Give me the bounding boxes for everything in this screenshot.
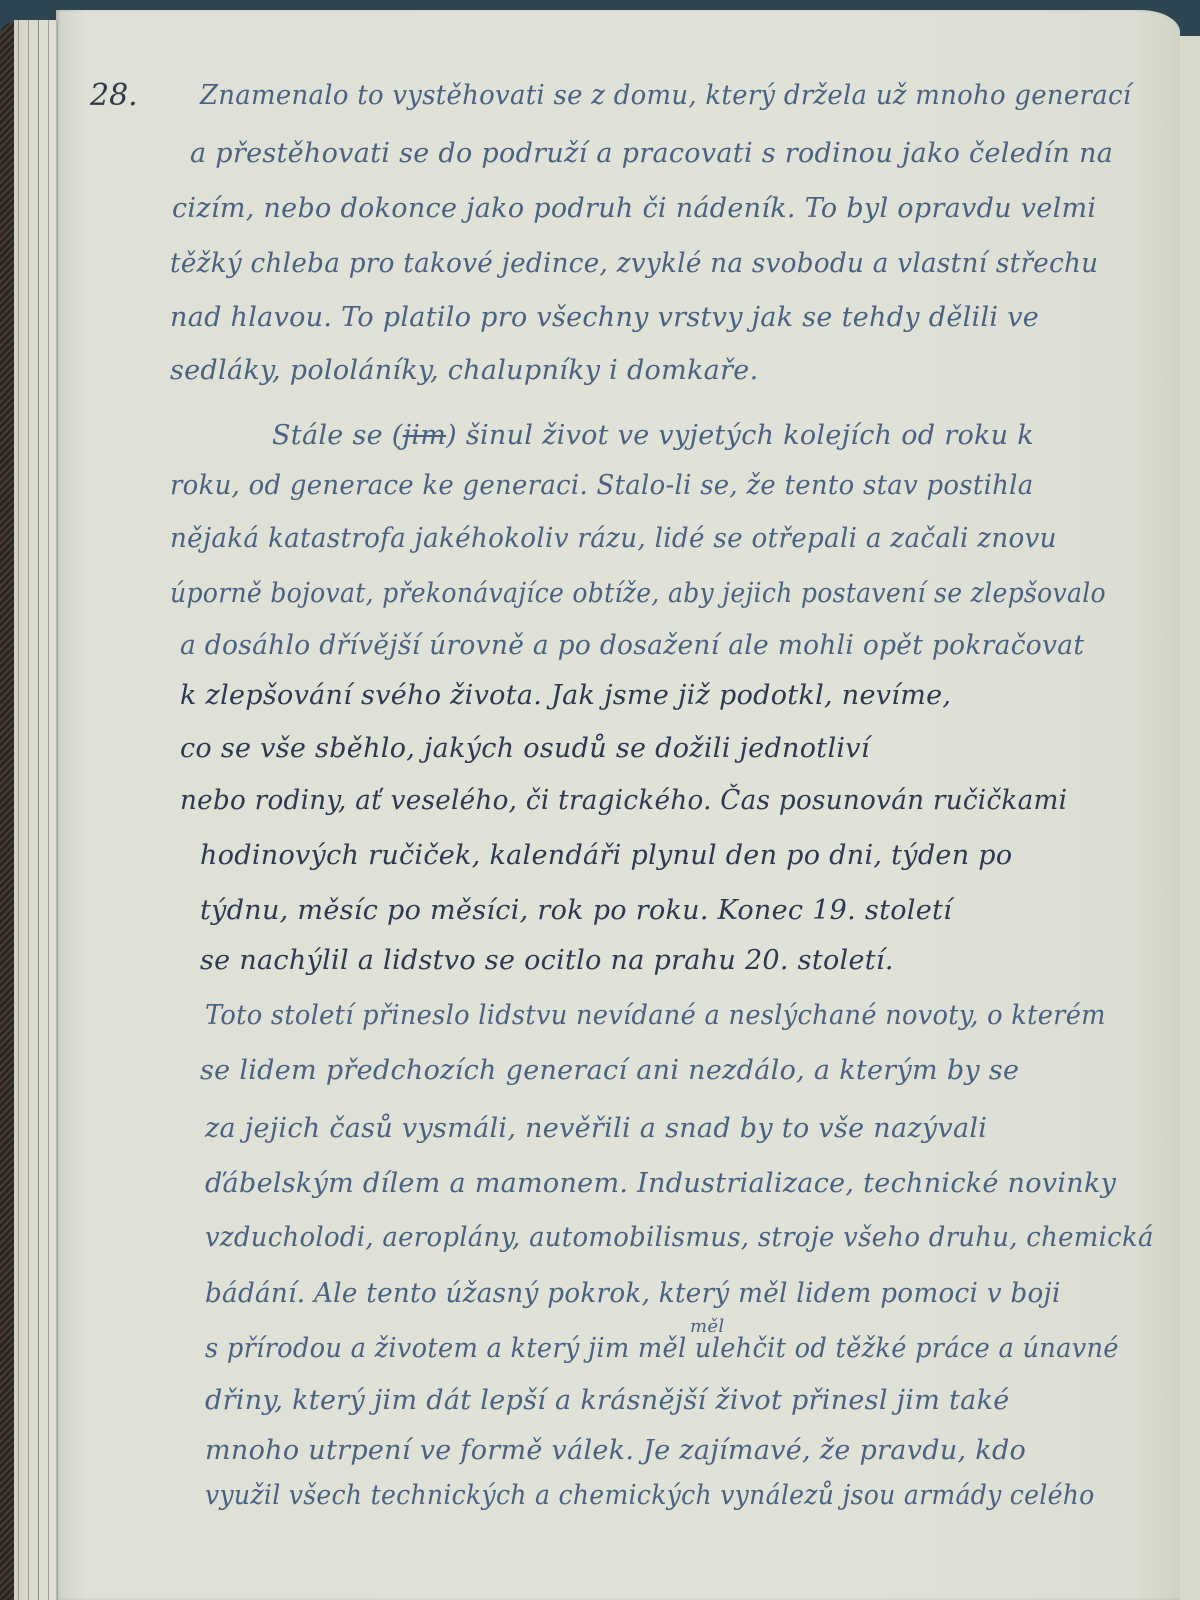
text-line-22: vzducholodi, aeroplány, automobilismus, … bbox=[205, 1222, 1154, 1253]
text-line-19: se lidem předchozích generací ani nezdál… bbox=[200, 1055, 1019, 1086]
page-number: 28. bbox=[90, 78, 138, 113]
text-line-7-rest: ) šinul život ve vyjetých kolejích od ro… bbox=[446, 420, 1034, 451]
struck-word: jim bbox=[403, 420, 447, 451]
text-line-23: bádání. Ale tento úžasný pokrok, který m… bbox=[205, 1278, 1061, 1309]
text-line-11: a dosáhlo dřívější úrovně a po dosažení … bbox=[180, 630, 1084, 661]
text-line-7-part: Stále se ( bbox=[272, 420, 403, 451]
text-line-14: nebo rodiny, ať veselého, či tragického.… bbox=[180, 785, 1067, 816]
text-line-16: týdnu, měsíc po měsíci, rok po roku. Kon… bbox=[200, 895, 952, 926]
text-line-24: s přírodou a životem a který jim měl ule… bbox=[205, 1333, 1119, 1364]
text-line-13: co se vše sběhlo, jakých osudů se dožili… bbox=[180, 733, 870, 764]
page-gutter bbox=[57, 22, 58, 1600]
text-line-4: těžký chleba pro takové jedince, zvyklé … bbox=[170, 248, 1098, 279]
text-line-6: sedláky, pololáníky, chalupníky i domkař… bbox=[170, 355, 758, 386]
text-line-25: dřiny, který jim dát lepší a krásnější ž… bbox=[205, 1385, 1010, 1416]
text-line-8: roku, od generace ke generaci. Stalo-li … bbox=[170, 470, 1033, 501]
text-line-15: hodinových ručiček, kalendáři plynul den… bbox=[200, 840, 1012, 871]
text-line-7: Stále se (jim) šinul život ve vyjetých k… bbox=[272, 420, 1034, 451]
text-line-3: cizím, nebo dokonce jako podruh či náden… bbox=[172, 193, 1096, 224]
text-line-20: za jejich časů vysmáli, nevěřili a snad … bbox=[205, 1113, 987, 1144]
text-line-18: Toto století přineslo lidstvu nevídané a… bbox=[205, 1000, 1106, 1031]
text-line-9: nějaká katastrofa jakéhokoliv rázu, lidé… bbox=[170, 523, 1057, 554]
text-line-26: mnoho utrpení ve formě válek. Je zajímav… bbox=[205, 1435, 1026, 1466]
text-line-5: nad hlavou. To platilo pro všechny vrstv… bbox=[170, 302, 1039, 333]
text-line-12: k zlepšování svého života. Jak jsme již … bbox=[180, 680, 951, 711]
text-line-1: Znamenalo to vystěhovati se z domu, kter… bbox=[200, 80, 1131, 111]
page-stack-edge bbox=[14, 20, 58, 1600]
text-line-27: využil všech technických a chemických vy… bbox=[205, 1480, 1095, 1511]
text-line-21: ďábelským dílem a mamonem. Industrializa… bbox=[205, 1168, 1116, 1199]
facing-page-edge bbox=[1178, 36, 1200, 1600]
text-line-2: a přestěhovati se do podruží a pracovati… bbox=[190, 138, 1113, 169]
text-line-17: se nachýlil a lidstvo se ocitlo na prahu… bbox=[200, 945, 894, 976]
text-line-10: úporně bojovat, překonávajíce obtíže, ab… bbox=[170, 578, 1106, 609]
